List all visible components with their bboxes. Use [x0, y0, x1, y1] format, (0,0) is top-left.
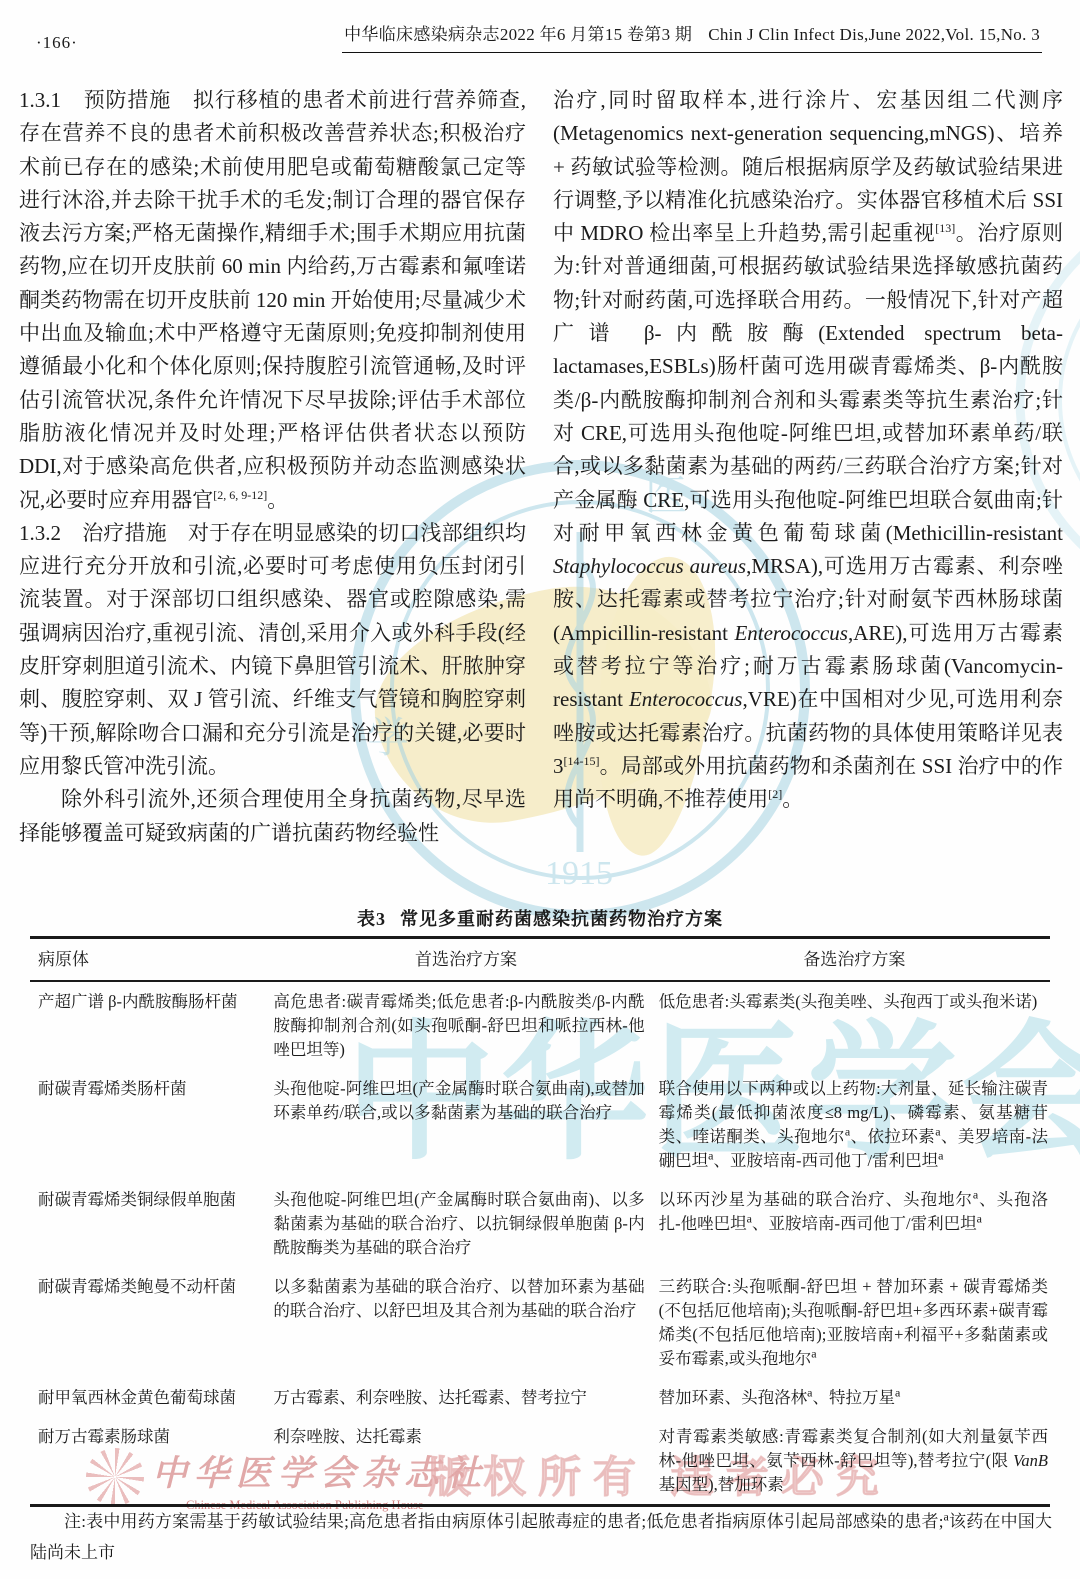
first-line-cell: 高危患者:碳青霉烯类;低危患者:β-内酰胺类/β-内酰胺酶抑制剂合剂(如头孢哌酮… — [273, 981, 658, 1069]
table-header: 病原体 首选治疗方案 备选治疗方案 — [30, 938, 1050, 982]
journal-title-en: Chin J Clin Infect Dis,June 2022,Vol. 15… — [708, 25, 1040, 44]
table-row: 耐甲氧西林金黄色葡萄球菌万古霉素、利奈唑胺、达托霉素、替考拉宁替加环素、头孢洛林… — [30, 1378, 1050, 1417]
paragraph: 除外科引流外,还须合理使用全身抗菌药物,尽早选择能够覆盖可疑致病菌的广谱抗菌药物… — [19, 783, 526, 850]
table-caption: 表3常见多重耐药菌感染抗菌药物治疗方案 — [0, 905, 1080, 931]
paragraph: 1.3.2 治疗措施 对于存在明显感染的切口浅部组织均应进行充分开放和引流,必要… — [19, 517, 526, 783]
pathogen-cell: 耐万古霉素肠球菌 — [30, 1417, 273, 1506]
right-column: 治疗,同时留取样本,进行涂片、宏基因组二代测序(Metagenomics nex… — [553, 84, 1063, 817]
table-body: 产超广谱 β-内酰胺酶肠杆菌高危患者:碳青霉烯类;低危患者:β-内酰胺类/β-内… — [30, 981, 1050, 1506]
column-header-pathogen: 病原体 — [30, 938, 273, 982]
column-header-alternative: 备选治疗方案 — [659, 938, 1050, 982]
page-number: ·166· — [36, 33, 78, 53]
pathogen-cell: 耐甲氧西林金黄色葡萄球菌 — [30, 1378, 273, 1417]
pathogen-cell: 耐碳青霉烯类肠杆菌 — [30, 1069, 273, 1180]
alternative-cell: 以环丙沙星为基础的联合治疗、头孢地尔a、头孢洛扎-他唑巴坦a、亚胺培南-西司他丁… — [659, 1180, 1050, 1267]
journal-title-line: 中华临床感染病杂志2022 年6 月第15 卷第3 期Chin J Clin I… — [342, 20, 1042, 53]
table-row: 耐碳青霉烯类铜绿假单胞菌头孢他啶-阿维巴坦(产金属酶时联合氨曲南)、以多黏菌素为… — [30, 1180, 1050, 1267]
table-caption-title: 常见多重耐药菌感染抗菌药物治疗方案 — [400, 909, 723, 929]
first-line-cell: 头孢他啶-阿维巴坦(产金属酶时联合氨曲南)、以多黏菌素为基础的联合治疗、以抗铜绿… — [273, 1180, 658, 1267]
paragraph: 1.3.1 预防措施 拟行移植的患者术前进行营养筛查,存在营养不良的患者术前积极… — [19, 84, 526, 517]
alternative-cell: 替加环素、头孢洛林a、特拉万星a — [659, 1378, 1050, 1417]
journal-title-cn: 中华临床感染病杂志2022 年6 月第15 卷第3 期 — [344, 25, 692, 44]
table-row: 耐碳青霉烯类鲍曼不动杆菌以多黏菌素为基础的联合治疗、以替加环素为基础的联合治疗、… — [30, 1267, 1050, 1378]
alternative-cell: 三药联合:头孢哌酮-舒巴坦 + 替加环素 + 碳青霉烯类(不包括厄他培南);头孢… — [659, 1267, 1050, 1378]
table-header-row: 病原体 首选治疗方案 备选治疗方案 — [30, 938, 1050, 982]
paragraph: 治疗,同时留取样本,进行涂片、宏基因组二代测序(Metagenomics nex… — [553, 84, 1063, 817]
first-line-cell: 以多黏菌素为基础的联合治疗、以替加环素为基础的联合治疗、以舒巴坦及其合剂为基础的… — [273, 1267, 658, 1378]
left-column: 1.3.1 预防措施 拟行移植的患者术前进行营养筛查,存在营养不良的患者术前积极… — [19, 84, 526, 850]
table-row: 产超广谱 β-内酰胺酶肠杆菌高危患者:碳青霉烯类;低危患者:β-内酰胺类/β-内… — [30, 981, 1050, 1069]
alternative-cell: 联合使用以下两种或以上药物:大剂量、延长输注碳青霉烯类(最低抑菌浓度≤8 mg/… — [659, 1069, 1050, 1180]
alternative-cell: 对青霉素类敏感:青霉素类复合制剂(如大剂量氨苄西林-他唑巴坦、氨苄西林-舒巴坦等… — [659, 1417, 1050, 1506]
first-line-cell: 万古霉素、利奈唑胺、达托霉素、替考拉宁 — [273, 1378, 658, 1417]
pathogen-cell: 产超广谱 β-内酰胺酶肠杆菌 — [30, 981, 273, 1069]
column-header-first-line: 首选治疗方案 — [273, 938, 658, 982]
alternative-cell: 低危患者:头霉素类(头孢美唑、头孢西丁或头孢米诺) — [659, 981, 1050, 1069]
first-line-cell: 利奈唑胺、达托霉素 — [273, 1417, 658, 1506]
page-header: ·166· 中华临床感染病杂志2022 年6 月第15 卷第3 期Chin J … — [36, 20, 1042, 53]
table-note: 注:表中用药方案需基于药敏试验结果;高危患者指由病原体引起脓毒症的患者;低危患者… — [30, 1506, 1052, 1568]
journal-page: 医 学 1915 中华医学会 中华医学会杂志社 Chinese Medical … — [0, 0, 1080, 1579]
pathogen-cell: 耐碳青霉烯类铜绿假单胞菌 — [30, 1180, 273, 1267]
table-row: 耐万古霉素肠球菌利奈唑胺、达托霉素对青霉素类敏感:青霉素类复合制剂(如大剂量氨苄… — [30, 1417, 1050, 1506]
table-caption-label: 表3 — [357, 909, 386, 929]
treatment-table: 病原体 首选治疗方案 备选治疗方案 产超广谱 β-内酰胺酶肠杆菌高危患者:碳青霉… — [30, 936, 1050, 1507]
pathogen-cell: 耐碳青霉烯类鲍曼不动杆菌 — [30, 1267, 273, 1378]
emblem-year: 1915 — [545, 855, 613, 892]
first-line-cell: 头孢他啶-阿维巴坦(产金属酶时联合氨曲南),或替加环素单药/联合,或以多黏菌素为… — [273, 1069, 658, 1180]
table-row: 耐碳青霉烯类肠杆菌头孢他啶-阿维巴坦(产金属酶时联合氨曲南),或替加环素单药/联… — [30, 1069, 1050, 1180]
